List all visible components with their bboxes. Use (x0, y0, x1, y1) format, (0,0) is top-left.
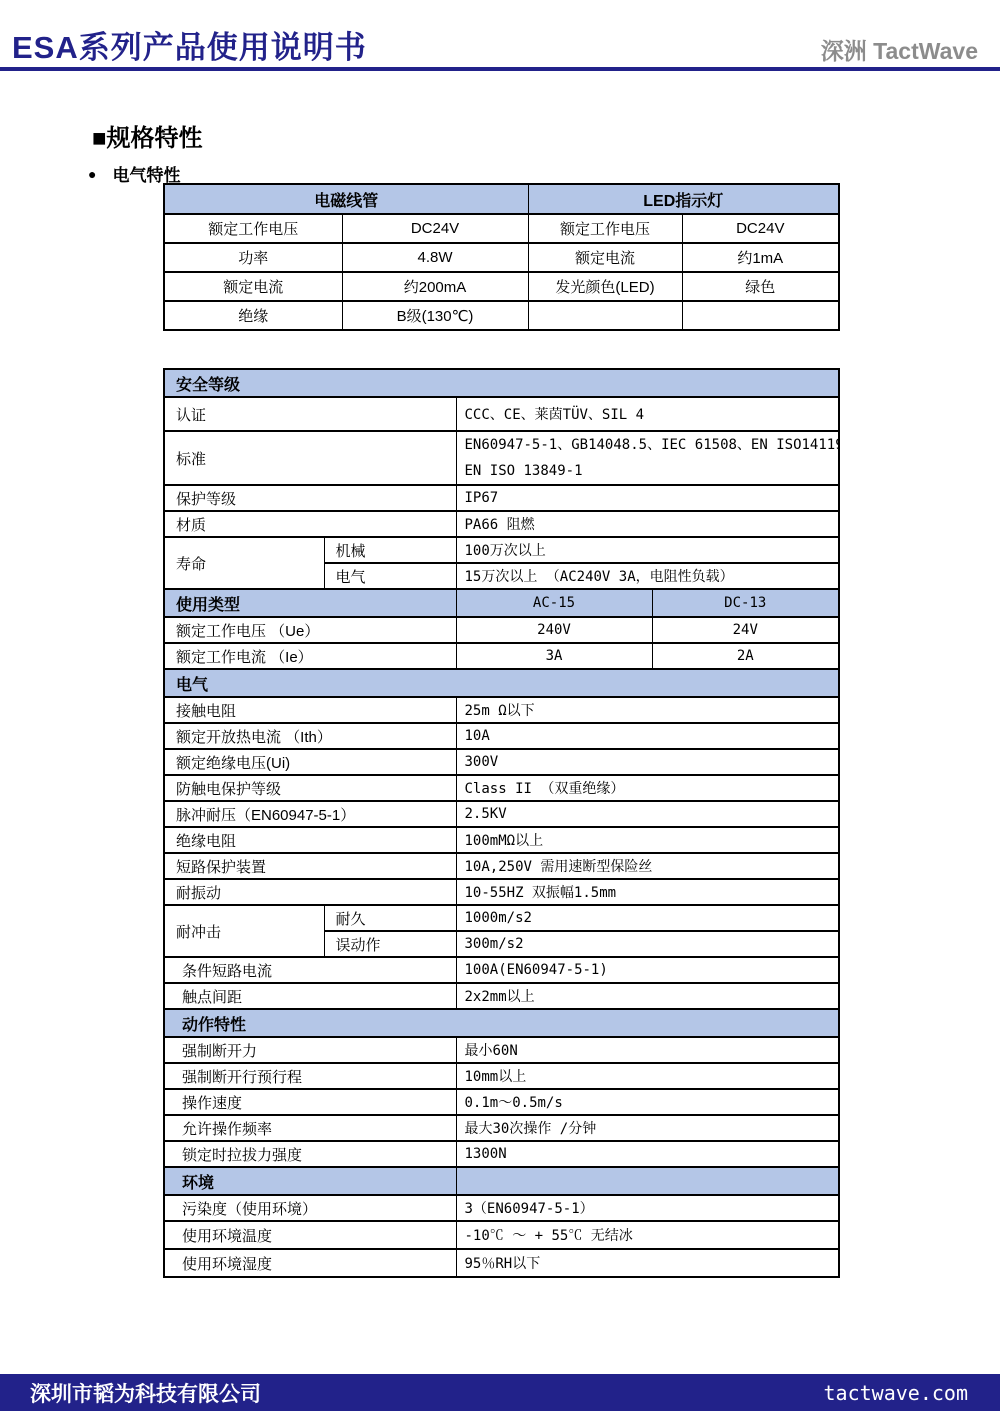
section-row: 环境 (164, 1167, 839, 1195)
row-value: -10℃ ～ + 55℃ 无结冰 (456, 1221, 839, 1249)
spec-row: 材质 PA66 阻燃 (164, 511, 839, 537)
row-label: 功率 (164, 243, 342, 272)
row-label: 允许操作频率 (164, 1115, 456, 1141)
sub-row-label: 耐久 (324, 905, 456, 931)
row-value: 15万次以上 （AC240V 3A，电阻性负载） (456, 563, 839, 589)
row-value: 最小60N (456, 1037, 839, 1063)
spec-row: 额定工作电流 （Ie） 3A 2A (164, 643, 839, 669)
page-title: ESA系列产品使用说明书 (12, 22, 367, 67)
footer-website: tactwave.com (824, 1381, 969, 1405)
row-label: 额定工作电压 （Ue） (164, 617, 456, 643)
section-row: 电气 (164, 669, 839, 697)
row-value: Class II （双重绝缘） (456, 775, 839, 801)
row-value: 1300N (456, 1141, 839, 1167)
row-label: 认证 (164, 397, 456, 431)
spec-row: 接触电阻 25m Ω以下 (164, 697, 839, 723)
row-label: 发光颜色(LED) (528, 272, 682, 301)
spec-row: 绝缘电阻 100mMΩ以上 (164, 827, 839, 853)
row-label: 条件短路电流 (164, 957, 456, 983)
spec-row: 寿命 机械 100万次以上 (164, 537, 839, 563)
row-label: 操作速度 (164, 1089, 456, 1115)
footer-company: 深圳市韬为科技有限公司 (30, 1378, 261, 1408)
spec-row: 操作速度 0.1m～0.5m/s (164, 1089, 839, 1115)
footer-bar: 深圳市韬为科技有限公司 tactwave.com (0, 1374, 1000, 1411)
section-row: 动作特性 (164, 1009, 839, 1037)
spec-row: 认证 CCC、CE、莱茵TÜV、SIL 4 (164, 397, 839, 431)
row-value: CCC、CE、莱茵TÜV、SIL 4 (456, 397, 839, 431)
spec-row: 额定绝缘电压(Ui) 300V (164, 749, 839, 775)
header-divider (0, 67, 1000, 71)
spec-row: 使用环境温度 -10℃ ～ + 55℃ 无结冰 (164, 1221, 839, 1249)
row-label: 额定电流 (528, 243, 682, 272)
row-value: 100A(EN60947-5-1) (456, 957, 839, 983)
row-label: 污染度（使用环境） (164, 1195, 456, 1221)
spec-row: 允许操作频率 最大30次操作 /分钟 (164, 1115, 839, 1141)
row-value: 2x2mm以上 (456, 983, 839, 1009)
row-label: 额定电流 (164, 272, 342, 301)
table-row: 绝缘 B级(130℃) (164, 301, 839, 330)
row-value-dc: 2A (652, 643, 839, 669)
row-label: 寿命 (164, 537, 324, 589)
row-value: 300m/s2 (456, 931, 839, 957)
brand-logo-text: 深洲 TactWave (821, 33, 978, 66)
section-label-spacer (456, 1167, 839, 1195)
table-row: 额定工作电压 DC24V 额定工作电压 DC24V (164, 214, 839, 243)
row-label: 耐振动 (164, 879, 456, 905)
row-value: 绿色 (682, 272, 839, 301)
spec-row: 强制断开力 最小60N (164, 1037, 839, 1063)
row-value: 1000m/s2 (456, 905, 839, 931)
spec-row: 额定开放热电流 （Ith） 10A (164, 723, 839, 749)
sub-row-label: 机械 (324, 537, 456, 563)
spec-row: 触点间距 2x2mm以上 (164, 983, 839, 1009)
spec-row: 使用环境湿度 95％RH以下 (164, 1249, 839, 1277)
table-row: 额定电流 约200mA 发光颜色(LED) 绿色 (164, 272, 839, 301)
section-heading: ■规格特性 (92, 118, 203, 153)
row-value: 0.1m～0.5m/s (456, 1089, 839, 1115)
section-row: 使用类型 AC-15 DC-13 (164, 589, 839, 617)
row-value: DC24V (682, 214, 839, 243)
spec-row: 脉冲耐压（EN60947-5-1） 2.5KV (164, 801, 839, 827)
row-value: 4.8W (342, 243, 528, 272)
coil-header-cell: 电磁线管 (164, 184, 528, 214)
row-label: 锁定时拉拔力强度 (164, 1141, 456, 1167)
row-value: 100mMΩ以上 (456, 827, 839, 853)
row-label (528, 301, 682, 330)
column-header-ac15: AC-15 (456, 589, 652, 617)
row-label: 保护等级 (164, 485, 456, 511)
row-value: 10-55HZ 双振幅1.5mm (456, 879, 839, 905)
row-label: 强制断开力 (164, 1037, 456, 1063)
section-label: 安全等级 (164, 369, 839, 397)
row-value: 约200mA (342, 272, 528, 301)
row-value-line1: EN60947-5-1、GB14048.5、IEC 61508、EN ISO14… (465, 432, 831, 458)
row-value-ac: 3A (456, 643, 652, 669)
row-label: 短路保护装置 (164, 853, 456, 879)
row-value: 3（EN60947-5-1） (456, 1195, 839, 1221)
spec-table: 安全等级 认证 CCC、CE、莱茵TÜV、SIL 4 标准 EN60947-5-… (163, 368, 840, 1278)
row-value: 25m Ω以下 (456, 697, 839, 723)
spec-row: 额定工作电压 （Ue） 240V 24V (164, 617, 839, 643)
row-value: 10A,250V 需用速断型保险丝 (456, 853, 839, 879)
row-value: B级(130℃) (342, 301, 528, 330)
coil-led-table: 电磁线管 LED指示灯 额定工作电压 DC24V 额定工作电压 DC24V 功率… (163, 183, 840, 331)
row-value: IP67 (456, 485, 839, 511)
spec-row: 耐冲击 耐久 1000m/s2 (164, 905, 839, 931)
table-row: 功率 4.8W 额定电流 约1mA (164, 243, 839, 272)
section-label: 电气 (164, 669, 839, 697)
spec-row: 防触电保护等级 Class II （双重绝缘） (164, 775, 839, 801)
spec-row: 条件短路电流 100A(EN60947-5-1) (164, 957, 839, 983)
row-label: 绝缘 (164, 301, 342, 330)
column-header-dc13: DC-13 (652, 589, 839, 617)
row-value: DC24V (342, 214, 528, 243)
row-label: 额定开放热电流 （Ith） (164, 723, 456, 749)
row-label: 标准 (164, 431, 456, 485)
row-label: 材质 (164, 511, 456, 537)
row-label: 脉冲耐压（EN60947-5-1） (164, 801, 456, 827)
row-label: 接触电阻 (164, 697, 456, 723)
sub-row-label: 误动作 (324, 931, 456, 957)
bullet-icon: ● (88, 166, 96, 182)
row-value: PA66 阻燃 (456, 511, 839, 537)
row-value: 10A (456, 723, 839, 749)
section-label: 环境 (164, 1167, 456, 1195)
row-value: 约1mA (682, 243, 839, 272)
row-value: 2.5KV (456, 801, 839, 827)
spec-row: 耐振动 10-55HZ 双振幅1.5mm (164, 879, 839, 905)
row-value: EN60947-5-1、GB14048.5、IEC 61508、EN ISO14… (456, 431, 839, 485)
section-label: 动作特性 (164, 1009, 839, 1037)
row-label: 触点间距 (164, 983, 456, 1009)
row-label: 额定工作电压 (528, 214, 682, 243)
spec-row: 保护等级 IP67 (164, 485, 839, 511)
row-label: 绝缘电阻 (164, 827, 456, 853)
spec-row: 锁定时拉拔力强度 1300N (164, 1141, 839, 1167)
row-label: 使用环境温度 (164, 1221, 456, 1249)
row-value: 最大30次操作 /分钟 (456, 1115, 839, 1141)
row-label: 耐冲击 (164, 905, 324, 957)
spec-row: 污染度（使用环境） 3（EN60947-5-1） (164, 1195, 839, 1221)
spec-row: 短路保护装置 10A,250V 需用速断型保险丝 (164, 853, 839, 879)
row-value: 10mm以上 (456, 1063, 839, 1089)
row-label: 额定工作电流 （Ie） (164, 643, 456, 669)
row-label: 强制断开行预行程 (164, 1063, 456, 1089)
spec-row: 标准 EN60947-5-1、GB14048.5、IEC 61508、EN IS… (164, 431, 839, 485)
row-value-dc: 24V (652, 617, 839, 643)
sub-row-label: 电气 (324, 563, 456, 589)
row-label: 额定工作电压 (164, 214, 342, 243)
spec-row: 强制断开行预行程 10mm以上 (164, 1063, 839, 1089)
row-value: 100万次以上 (456, 537, 839, 563)
row-value: 95％RH以下 (456, 1249, 839, 1277)
section-label: 使用类型 (164, 589, 456, 617)
section-row: 安全等级 (164, 369, 839, 397)
led-header-cell: LED指示灯 (528, 184, 839, 214)
row-value-ac: 240V (456, 617, 652, 643)
row-value: 300V (456, 749, 839, 775)
row-label: 额定绝缘电压(Ui) (164, 749, 456, 775)
row-label: 防触电保护等级 (164, 775, 456, 801)
manual-page: ESA系列产品使用说明书 深洲 TactWave ■规格特性 ●电气特性 电磁线… (0, 0, 1000, 1415)
row-label: 使用环境湿度 (164, 1249, 456, 1277)
table-header-row: 电磁线管 LED指示灯 (164, 184, 839, 214)
row-value (682, 301, 839, 330)
row-value-line2: EN ISO 13849-1 (465, 458, 831, 484)
